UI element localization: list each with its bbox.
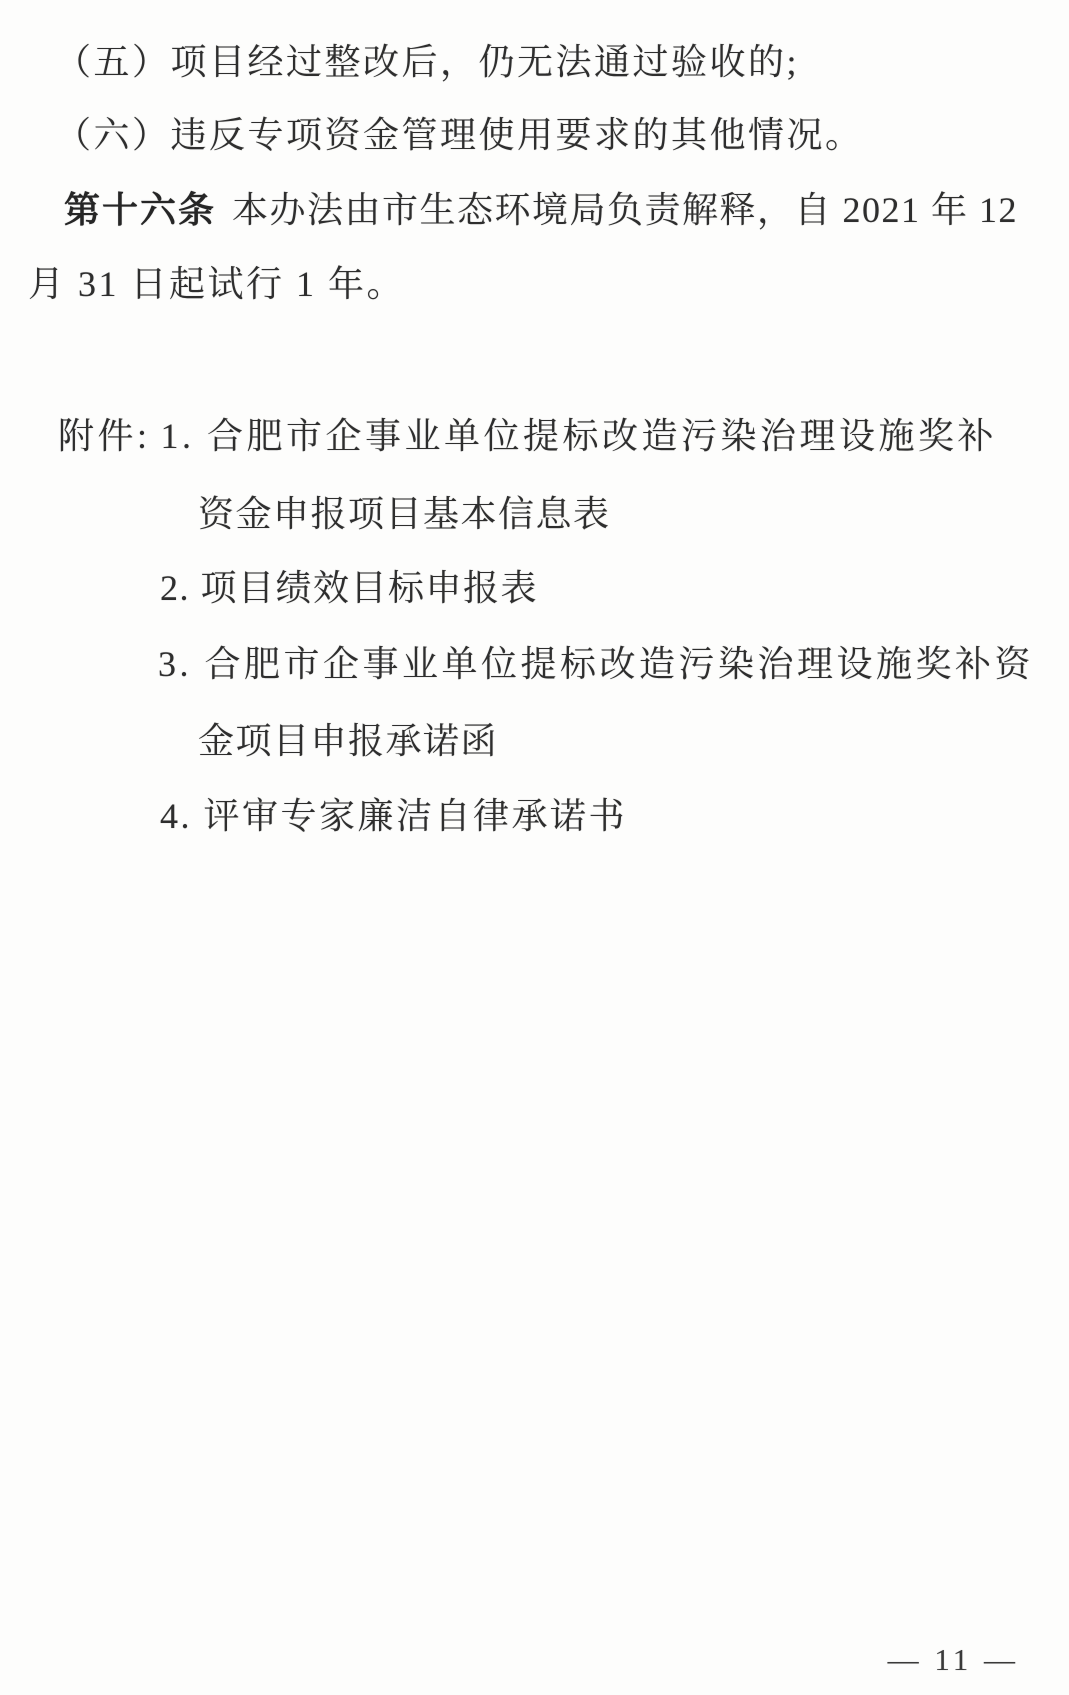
page-number: — 11 — [888,1642,1019,1678]
article-16-line-2: 月 31 日起试行 1 年。 [28,262,405,307]
attachments-label: 附件: [58,416,151,456]
attachments-line-1: 附件:1. 合肥市企事业单位提标改造污染治理设施奖补 [58,414,997,459]
article-16-number: 第十六条 [64,190,216,230]
attachment-3-title: 3. 合肥市企事业单位提标改造污染治理设施奖补资 [158,642,1034,687]
clause-item-6: （六）违反专项资金管理使用要求的其他情况。 [55,113,864,158]
attachment-3-continuation: 金项目申报承诺函 [198,719,498,764]
attachment-4-title: 4. 评审专家廉洁自律承诺书 [160,794,627,839]
attachment-1-continuation: 资金申报项目基本信息表 [198,492,611,537]
article-16-text: 本办法由市生态环境局负责解释，自 2021 年 12 [232,190,1018,230]
clause-item-5: （五）项目经过整改后，仍无法通过验收的; [55,40,799,85]
attachment-1-title: 1. 合肥市企事业单位提标改造污染治理设施奖补 [161,416,998,456]
article-16-line-1: 第十六条本办法由市生态环境局负责解释，自 2021 年 12 [64,188,1018,233]
document-page: （五）项目经过整改后，仍无法通过验收的; （六）违反专项资金管理使用要求的其他情… [0,0,1069,1695]
attachment-2-title: 2. 项目绩效目标申报表 [160,566,538,611]
